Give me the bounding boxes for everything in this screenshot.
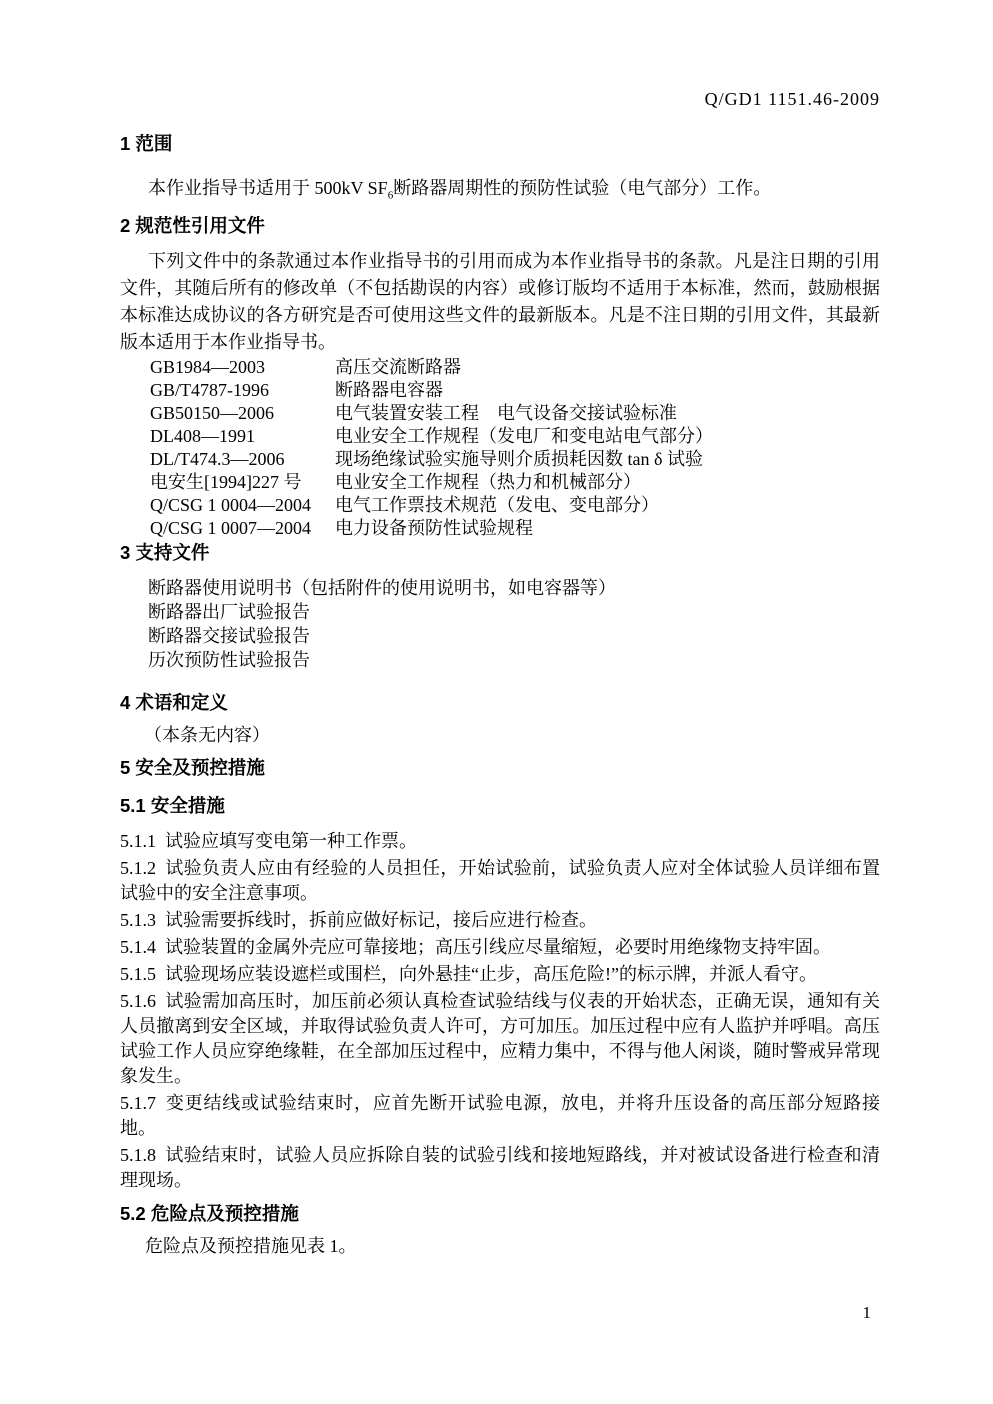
reference-row: DL/T474.3—2006现场绝缘试验实施导则介质损耗因数 tan δ 试验 <box>150 448 880 471</box>
reference-code: GB1984—2003 <box>150 356 335 379</box>
section-5-heading: 5 安全及预控措施 <box>120 757 880 779</box>
normative-references-intro: 下列文件中的条款通过本作业指导书的引用而成为本作业指导书的条款。凡是注日期的引用… <box>120 248 880 356</box>
reference-code: Q/CSG 1 0007—2004 <box>150 517 335 540</box>
reference-code: GB50150—2006 <box>150 402 335 425</box>
clause-number: 5.1.3 <box>120 910 156 930</box>
clause-number: 5.1.4 <box>120 937 156 957</box>
reference-code: DL408—1991 <box>150 425 335 448</box>
reference-row: Q/CSG 1 0004—2004电气工作票技术规范（发电、变电部分） <box>150 494 880 517</box>
clause-text: 试验现场应装设遮栏或围栏，向外悬挂“止步，高压危险!”的标示牌，并派人看守。 <box>165 964 817 984</box>
reference-title: 电力设备预防性试验规程 <box>335 518 533 538</box>
reference-title: 电业安全工作规程（发电厂和变电站电气部分） <box>335 426 713 446</box>
safety-clause: 5.1.6试验需加高压时，加压前必须认真检查试验结线与仪表的开始状态，正确无误，… <box>120 989 880 1089</box>
reference-row: GB50150—2006电气装置安装工程 电气设备交接试验标准 <box>150 402 880 425</box>
standard-code-header: Q/GD1 1151.46-2009 <box>120 88 880 110</box>
reference-title: 断路器电容器 <box>335 380 443 400</box>
safety-clause: 5.1.8试验结束时，试验人员应拆除自装的试验引线和接地短路线，并对被试设备进行… <box>120 1143 880 1193</box>
clause-number: 5.1.5 <box>120 964 156 984</box>
scope-text-pre: 本作业指导书适用于 500kV SF <box>148 178 388 198</box>
support-document-item: 断路器使用说明书（包括附件的使用说明书，如电容器等） <box>148 576 880 600</box>
safety-clause: 5.1.7变更结线或试验结束时，应首先断开试验电源，放电，并将升压设备的高压部分… <box>120 1091 880 1141</box>
section-2-heading: 2 规范性引用文件 <box>120 215 880 237</box>
clause-number: 5.1.2 <box>120 858 156 878</box>
terms-empty-note: （本条无内容） <box>120 722 880 749</box>
reference-title: 电气工作票技术规范（发电、变电部分） <box>335 495 659 515</box>
reference-list: GB1984—2003高压交流断路器 GB/T4787-1996断路器电容器 G… <box>120 356 880 540</box>
clause-text: 试验应填写变电第一种工作票。 <box>165 831 417 851</box>
support-document-item: 断路器交接试验报告 <box>148 624 880 648</box>
support-document-item: 断路器出厂试验报告 <box>148 600 880 624</box>
reference-title: 现场绝缘试验实施导则介质损耗因数 tan δ 试验 <box>335 449 703 469</box>
clause-number: 5.1.8 <box>120 1145 156 1165</box>
reference-title: 电业安全工作规程（热力和机械部分） <box>335 472 641 492</box>
safety-clause: 5.1.2试验负责人应由有经验的人员担任，开始试验前，试验负责人应对全体试验人员… <box>120 856 880 906</box>
reference-title: 高压交流断路器 <box>335 357 461 377</box>
clause-number: 5.1.1 <box>120 831 156 851</box>
reference-row: 电安生[1994]227 号电业安全工作规程（热力和机械部分） <box>150 471 880 494</box>
clause-text: 试验需加高压时，加压前必须认真检查试验结线与仪表的开始状态，正确无误，通知有关人… <box>120 991 880 1086</box>
reference-code: DL/T474.3—2006 <box>150 448 335 471</box>
clause-number: 5.1.6 <box>120 991 156 1011</box>
clause-text: 试验负责人应由有经验的人员担任，开始试验前，试验负责人应对全体试验人员详细布置试… <box>120 858 880 903</box>
safety-clause: 5.1.3试验需要拆线时，拆前应做好标记，接后应进行检查。 <box>120 908 880 933</box>
reference-row: GB/T4787-1996断路器电容器 <box>150 379 880 402</box>
page-number: 1 <box>863 1303 872 1323</box>
support-document-item: 历次预防性试验报告 <box>148 648 880 672</box>
safety-clause-list: 5.1.1试验应填写变电第一种工作票。 5.1.2试验负责人应由有经验的人员担任… <box>120 829 880 1193</box>
section-1-heading: 1 范围 <box>120 133 880 155</box>
section-5-1-heading: 5.1 安全措施 <box>120 795 880 817</box>
hazard-table-reference: 危险点及预控措施见表 1。 <box>120 1233 880 1260</box>
reference-row: GB1984—2003高压交流断路器 <box>150 356 880 379</box>
clause-text: 变更结线或试验结束时，应首先断开试验电源，放电，并将升压设备的高压部分短路接地。 <box>120 1093 880 1138</box>
document-page: Q/GD1 1151.46-2009 1 范围 本作业指导书适用于 500kV … <box>0 0 993 1260</box>
safety-clause: 5.1.4试验装置的金属外壳应可靠接地；高压引线应尽量缩短，必要时用绝缘物支持牢… <box>120 935 880 960</box>
scope-text-post: 断路器周期性的预防性试验（电气部分）工作。 <box>393 178 771 198</box>
scope-paragraph: 本作业指导书适用于 500kV SF6断路器周期性的预防性试验（电气部分）工作。 <box>120 175 880 202</box>
safety-clause: 5.1.5试验现场应装设遮栏或围栏，向外悬挂“止步，高压危险!”的标示牌，并派人… <box>120 962 880 987</box>
reference-code: Q/CSG 1 0004—2004 <box>150 494 335 517</box>
reference-code: GB/T4787-1996 <box>150 379 335 402</box>
clause-text: 试验结束时，试验人员应拆除自装的试验引线和接地短路线，并对被试设备进行检查和清理… <box>120 1145 880 1190</box>
clause-text: 试验需要拆线时，拆前应做好标记，接后应进行检查。 <box>165 910 597 930</box>
section-3-heading: 3 支持文件 <box>120 542 880 564</box>
reference-code: 电安生[1994]227 号 <box>150 471 335 494</box>
reference-title: 电气装置安装工程 电气设备交接试验标准 <box>335 403 677 423</box>
support-document-list: 断路器使用说明书（包括附件的使用说明书，如电容器等） 断路器出厂试验报告 断路器… <box>120 576 880 672</box>
clause-number: 5.1.7 <box>120 1093 156 1113</box>
reference-row: Q/CSG 1 0007—2004电力设备预防性试验规程 <box>150 517 880 540</box>
section-4-heading: 4 术语和定义 <box>120 692 880 714</box>
reference-row: DL408—1991电业安全工作规程（发电厂和变电站电气部分） <box>150 425 880 448</box>
section-5-2-heading: 5.2 危险点及预控措施 <box>120 1203 880 1225</box>
safety-clause: 5.1.1试验应填写变电第一种工作票。 <box>120 829 880 854</box>
clause-text: 试验装置的金属外壳应可靠接地；高压引线应尽量缩短，必要时用绝缘物支持牢固。 <box>165 937 831 957</box>
